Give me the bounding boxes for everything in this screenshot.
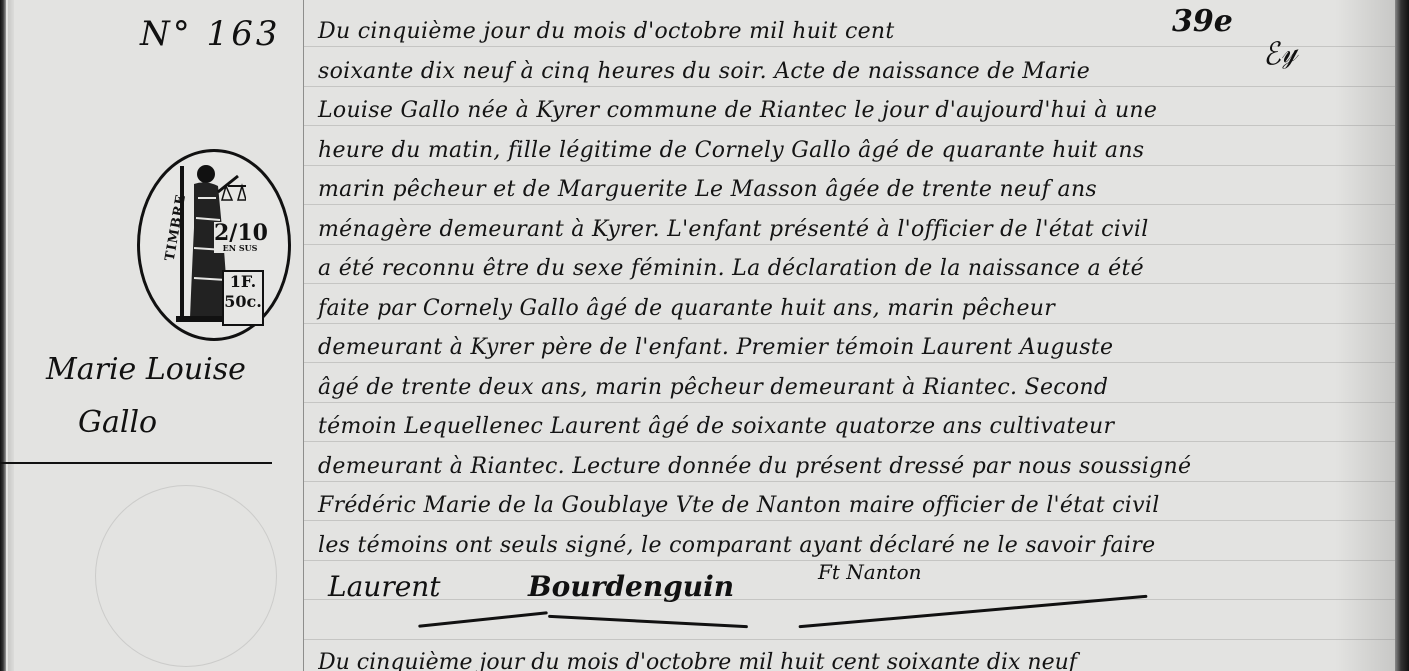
body-line: a été reconnu être du sexe féminin. La d…: [318, 249, 1338, 289]
margin-name-surname: Gallo: [78, 405, 157, 440]
faint-embossed-seal: [95, 485, 277, 667]
margin-separator: [0, 462, 272, 464]
signature-witness-2: Bourdenguin: [528, 570, 734, 603]
signature-flourish: [799, 595, 1148, 628]
body-line: Frédéric Marie de la Goublaye Vte de Nan…: [318, 486, 1338, 526]
body-line: demeurant à Riantec. Lecture donnée du p…: [318, 447, 1338, 487]
body-line: soixante dix neuf à cinq heures du soir.…: [318, 52, 1338, 92]
tax-stamp: TIMBRE 2/10 EN SUS 1F. 50c.: [137, 149, 291, 341]
entry-number: N° 163: [140, 14, 280, 54]
page-fold: [8, 0, 14, 671]
next-entry-fragment: Du cinquième jour du mois d'octobre mil …: [318, 650, 1338, 671]
signature-flourish: [548, 615, 748, 628]
body-line: âgé de trente deux ans, marin pêcheur de…: [318, 368, 1338, 408]
body-line: demeurant à Kyrer père de l'enfant. Prem…: [318, 328, 1338, 368]
stamp-surcharge: 2/10 EN SUS: [214, 222, 266, 253]
body-line: marin pêcheur et de Marguerite Le Masson…: [318, 170, 1338, 210]
body-line: Du cinquième jour du mois d'octobre mil …: [318, 12, 1338, 52]
margin-name-given: Marie Louise: [46, 352, 246, 387]
ruled-line: [304, 639, 1395, 640]
body-line: ménagère demeurant à Kyrer. L'enfant pré…: [318, 210, 1338, 250]
signatures-block: Laurent Bourdenguin Ft Nanton: [318, 560, 1218, 630]
body-line: témoin Lequellenec Laurent âgé de soixan…: [318, 407, 1338, 447]
margin-rule: [303, 0, 304, 671]
scanned-register-page: N° 163 39e ℰ𝓎 TIMBRE 2/10 EN SUS 1F. 50c…: [0, 0, 1409, 671]
page-right-edge: [1395, 0, 1409, 671]
signature-mayor: Ft Nanton: [818, 560, 922, 584]
stamp-price: 1F. 50c.: [222, 270, 264, 326]
binding-shadow: [1335, 0, 1395, 671]
body-line: heure du matin, fille légitime de Cornel…: [318, 131, 1338, 171]
body-line: faite par Cornely Gallo âgé de quarante …: [318, 289, 1338, 329]
signature-flourish: [418, 611, 548, 628]
body-line: Louise Gallo née à Kyrer commune de Rian…: [318, 91, 1338, 131]
signature-witness-1: Laurent: [328, 570, 441, 603]
entry-body: Du cinquième jour du mois d'octobre mil …: [318, 12, 1338, 565]
page-left-edge: [0, 0, 6, 671]
